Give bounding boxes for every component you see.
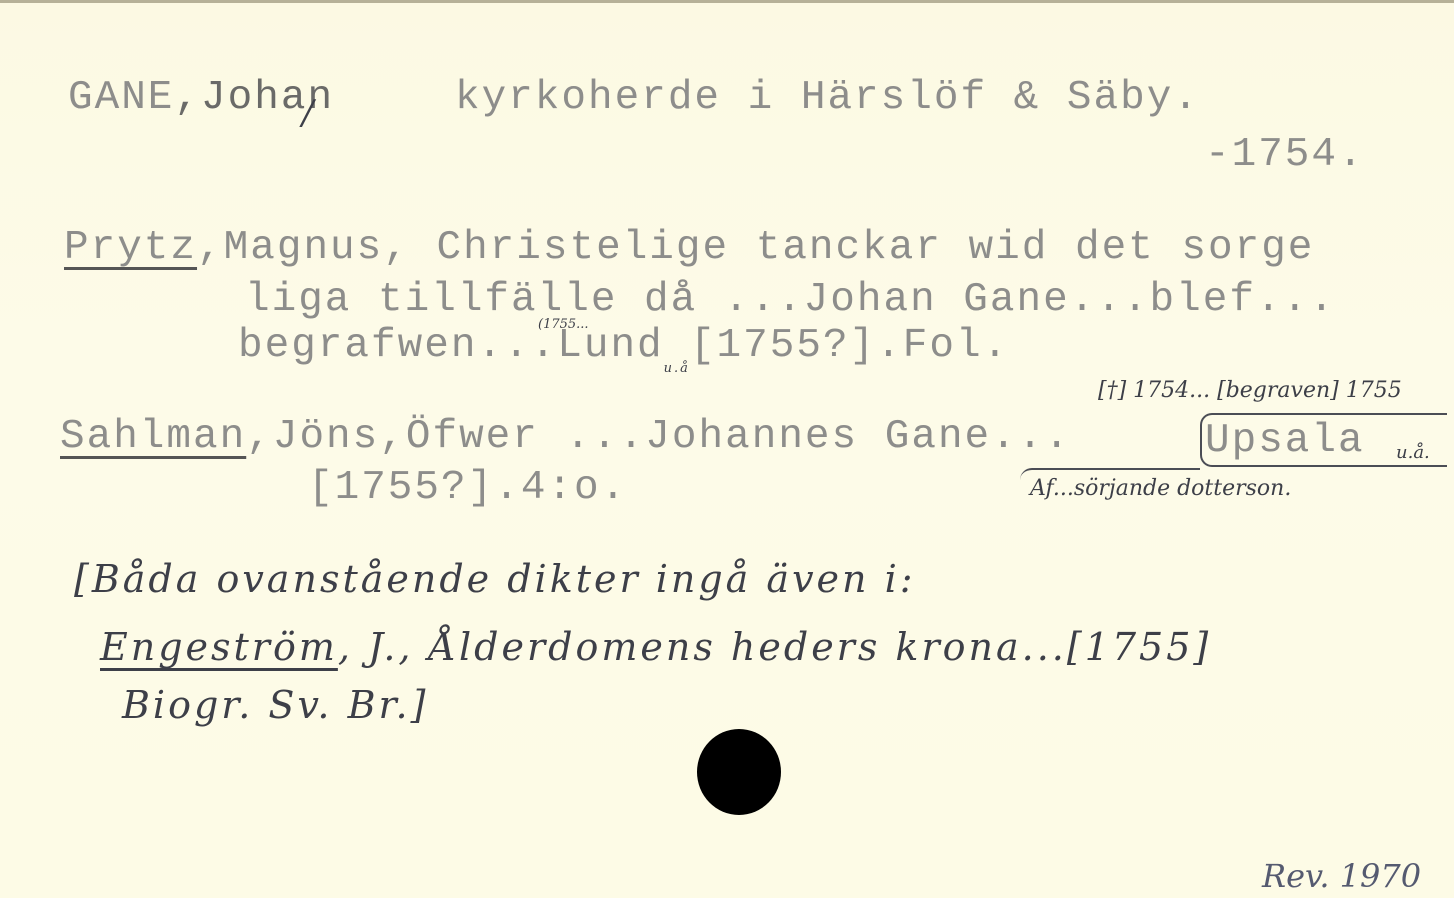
- note-author: Engeström: [100, 625, 338, 669]
- note-line2: Engeström, J., Ålderdomens heders krona.…: [100, 628, 1211, 666]
- entry-sahlman-author: Sahlman: [60, 414, 246, 460]
- note-line3: Biogr. Sv. Br.]: [122, 686, 428, 724]
- heading-death-year: -1754.: [1205, 135, 1365, 176]
- card-top-edge: [0, 0, 1454, 3]
- note-line1: [Båda ovanstående dikter ingå även i:: [74, 560, 916, 598]
- entry-sahlman-line2: [1755?].4:o.: [308, 468, 627, 509]
- entry-prytz-line2: liga tillfälle då ...Johan Gane...blef..…: [245, 280, 1336, 321]
- punch-hole: [697, 729, 781, 815]
- entry-prytz-author: Prytz: [64, 225, 197, 271]
- entry-prytz-line1: Prytz,Magnus, Christelige tanckar wid de…: [64, 228, 1314, 269]
- heading-hand-mark: /: [302, 96, 313, 130]
- entry-sahlman-line1: Sahlman,Jöns,Öfwer ...Johannes Gane...: [60, 417, 1071, 458]
- heading-title: kyrkoherde i Härslöf & Säby.: [455, 78, 1200, 119]
- heading-name: GANE,Johan: [68, 78, 334, 119]
- catalog-card: GANE,Johan / kyrkoherde i Härslöf & Säby…: [0, 0, 1454, 898]
- heading-given-name: Johan: [201, 75, 334, 121]
- entry-prytz-line3: begrafwen...Lundu.å[1755?].Fol.: [238, 326, 1009, 367]
- entry-prytz-annotation: (1755...: [538, 318, 589, 331]
- heading-surname: GANE: [68, 75, 174, 121]
- entry-sahlman-annotation-below: Af...sörjande dotterson.: [1030, 478, 1291, 500]
- place-bracket: [1200, 413, 1447, 467]
- entry-sahlman-annotation-above: [†] 1754... [begraven] 1755: [1098, 380, 1402, 402]
- revision-note: Rev. 1970: [1262, 860, 1421, 892]
